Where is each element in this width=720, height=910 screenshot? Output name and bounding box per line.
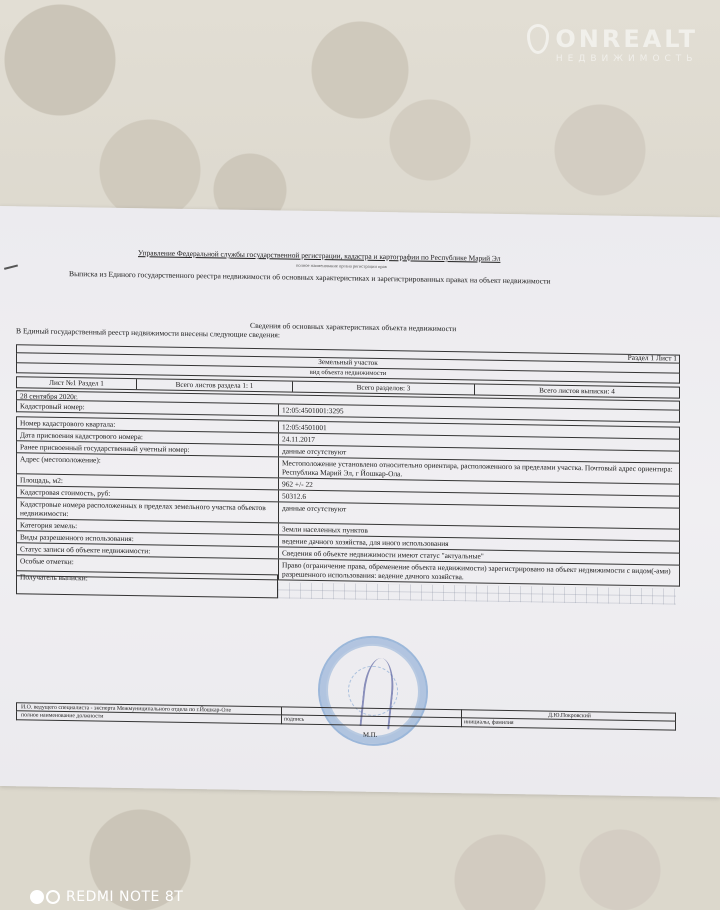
recipient-row: Получатель выписки: <box>16 570 278 598</box>
document-title: Выписка из Единого государственного реес… <box>69 269 550 286</box>
pen-mark <box>4 264 18 269</box>
total-sheets-section: Всего листов раздела 1: 1 <box>137 379 293 391</box>
section-title: Сведения об основных характеристиках объ… <box>250 321 456 333</box>
agency-caption: полное наименование органа регистрации п… <box>296 263 387 269</box>
sheet-number: Лист №1 Раздел 1 <box>17 377 137 389</box>
agency-name: Управление Федеральной службы государств… <box>138 248 578 264</box>
watermark-brand: ONREALT <box>555 25 698 53</box>
recipient-label: Получатель выписки: <box>17 571 277 597</box>
lens-dot-icon <box>30 890 44 904</box>
signature-caption: подпись <box>282 715 462 727</box>
property-label: Кадастровые номера расположенных в преде… <box>17 498 279 522</box>
camera-watermark: REDMI NOTE 8T <box>30 889 183 905</box>
section-sheet-label: Раздел 1 Лист 1 <box>628 353 677 363</box>
property-label: Адрес (местоположение): <box>17 453 279 477</box>
intro-text: В Единый государственный реестр недвижим… <box>16 326 280 339</box>
recipient-grid <box>278 582 676 604</box>
total-sections: Всего разделов: 3 <box>293 382 475 395</box>
seal-caption: М.П. <box>363 732 377 739</box>
onrealt-watermark: ONREALT НЕДВИЖИМОСТЬ <box>527 24 698 64</box>
total-sheets-extract: Всего листов выписки: 4 <box>475 384 679 397</box>
document-paper: Управление Федеральной службы государств… <box>0 206 720 797</box>
house-pin-icon <box>527 24 549 54</box>
property-table: Номер кадастрового квартала:12:05:450100… <box>16 416 680 586</box>
lens-ring-icon <box>46 890 60 904</box>
watermark-subtitle: НЕДВИЖИМОСТЬ <box>555 54 698 64</box>
camera-model: REDMI NOTE 8T <box>66 889 183 905</box>
